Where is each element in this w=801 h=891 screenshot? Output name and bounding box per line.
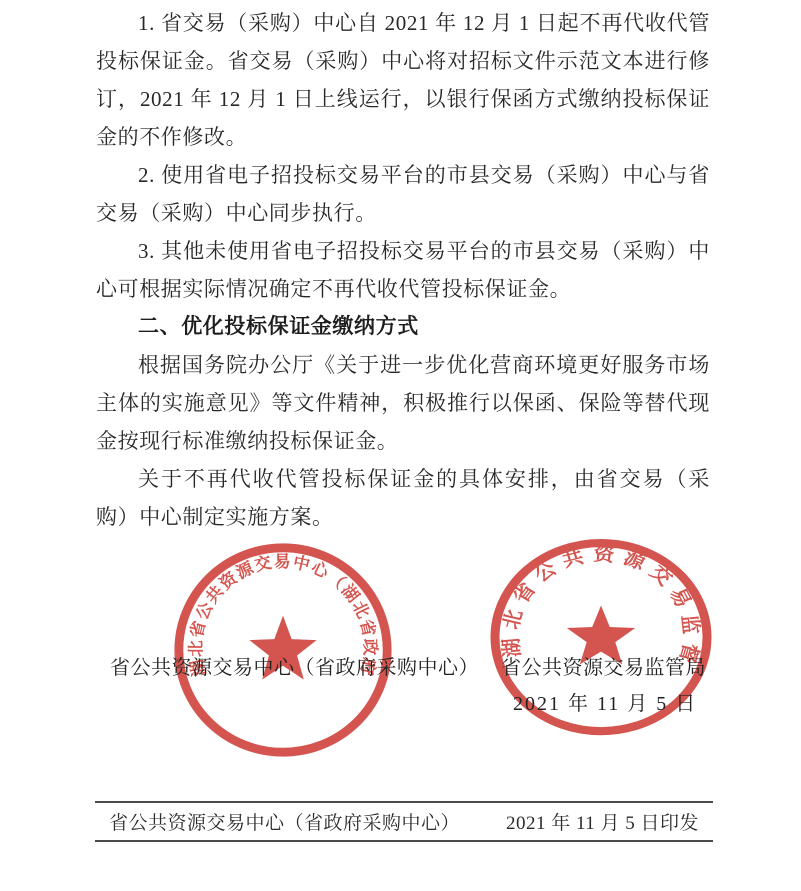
footer-imprint-bar: 省公共资源交易中心（省政府采购中心） 2021 年 11 月 5 日印发 <box>95 801 713 842</box>
signer-name-right: 省公共资源交易监管局 <box>501 651 706 680</box>
signer-name-left: 省公共资源交易中心（省政府采购中心） <box>110 651 479 680</box>
sign-date: 2021 年 11 月 5 日 <box>513 687 697 716</box>
footer-issuer: 省公共资源交易中心（省政府采购中心） <box>109 808 460 835</box>
paragraph-item-3: 3. 其他未使用省电子招投标交易平台的市县交易（采购）中心可根据实际情况确定不再… <box>96 232 710 308</box>
document-page: 1. 省交易（采购）中心自 2021 年 12 月 1 日起不再代收代管投标保证… <box>0 0 801 891</box>
footer-print-date: 2021 年 11 月 5 日印发 <box>506 808 699 835</box>
section-heading: 二、优化投标保证金缴纳方式 <box>96 308 710 346</box>
paragraph-item-4: 根据国务院办公厅《关于进一步优化营商环境更好服务市场主体的实施意见》等文件精神，… <box>96 346 710 460</box>
document-body: 1. 省交易（采购）中心自 2021 年 12 月 1 日起不再代收代管投标保证… <box>96 4 710 536</box>
paragraph-item-5: 关于不再代收代管投标保证金的具体安排，由省交易（采购）中心制定实施方案。 <box>96 460 710 536</box>
paragraph-item-1: 1. 省交易（采购）中心自 2021 年 12 月 1 日起不再代收代管投标保证… <box>96 4 710 156</box>
paragraph-item-2: 2. 使用省电子招投标交易平台的市县交易（采购）中心与省交易（采购）中心同步执行… <box>96 156 710 232</box>
